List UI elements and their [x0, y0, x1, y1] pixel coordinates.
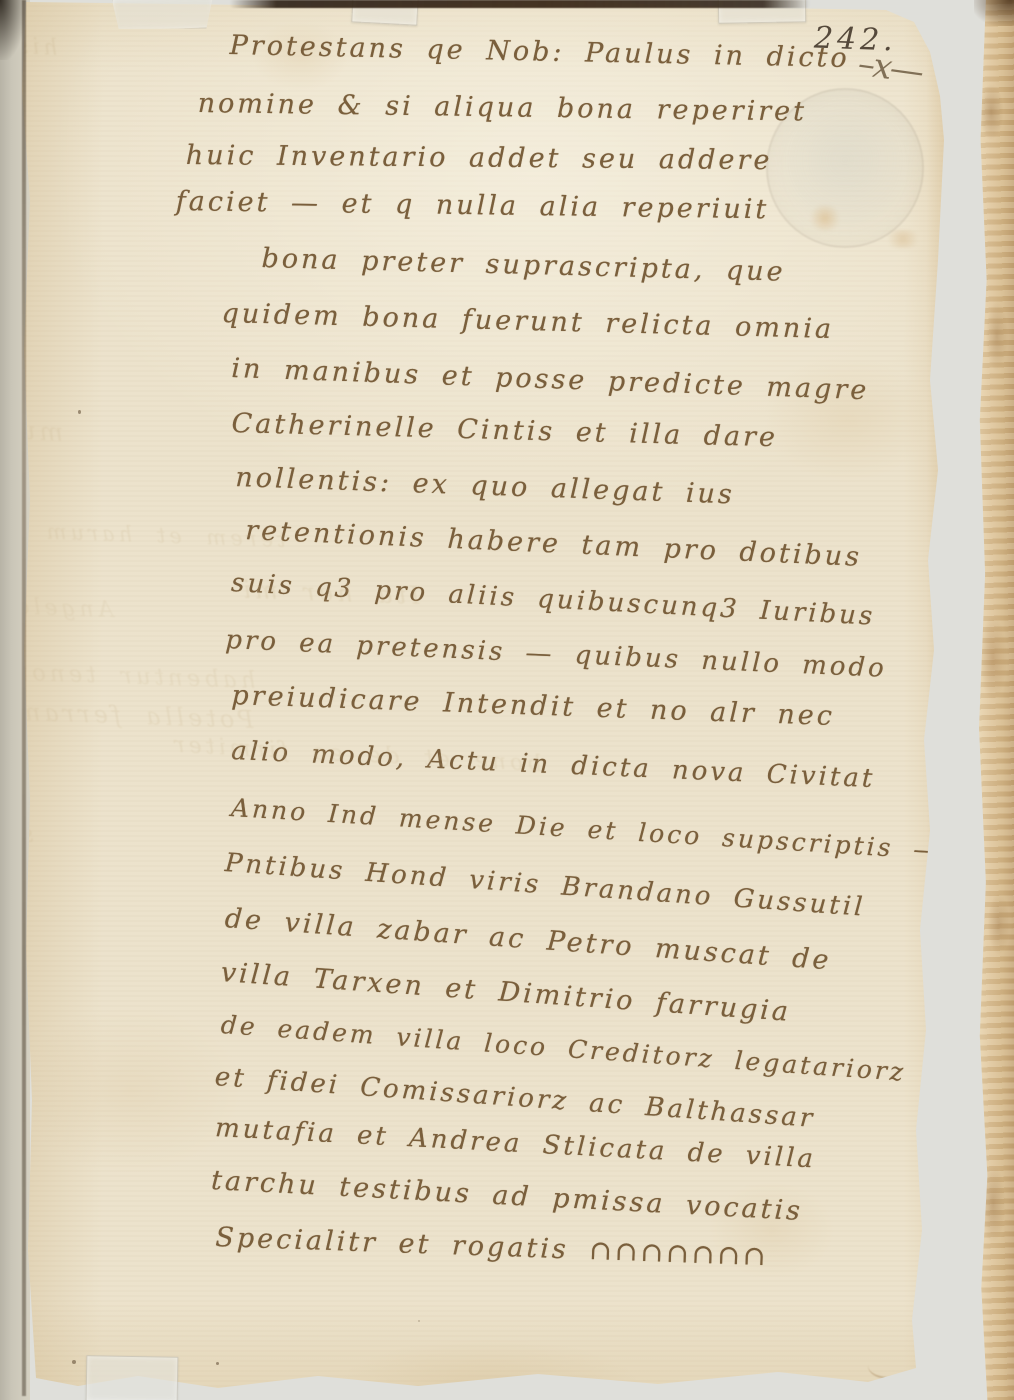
- manuscript-line: in manibus et posse predicte magre: [231, 353, 870, 406]
- manuscript-scan: 242. –x— Protestans qe Nob: Paulus in di…: [0, 0, 1014, 1400]
- page-edges-top-shadow: [974, 0, 1014, 26]
- speck: [418, 1320, 420, 1322]
- spine-crease-line: [22, 0, 26, 1396]
- deckle-edge-tint: [926, 0, 960, 1398]
- upper-leaf-edge: [230, 0, 810, 8]
- ink-smudge: [883, 230, 923, 248]
- folio-flourish: –x—: [856, 44, 925, 93]
- manuscript-line: faciet — et q nulla alia reperiuit: [176, 186, 770, 225]
- verso-bleedthrough-line: habentur tenore: [0, 659, 256, 694]
- manuscript-page: 242. –x— Protestans qe Nob: Paulus in di…: [18, 0, 960, 1398]
- manuscript-line: quidem bona fuerunt relicta omnia: [221, 298, 834, 345]
- speck: [78, 410, 81, 414]
- speck: [216, 1362, 219, 1365]
- manuscript-line: retentionis habere tam pro dotibus: [245, 515, 863, 573]
- manuscript-line: Specialitr et rogatis ∩∩∩∩∩∩∩: [215, 1222, 769, 1272]
- page-edges-stack: [976, 0, 1014, 1400]
- manuscript-line: bona preter suprascripta, que: [261, 243, 786, 288]
- manuscript-line: pro ea pretensis — quibus nullo modo: [225, 625, 888, 684]
- manuscript-line: Protestans qe Nob: Paulus in dicto: [229, 30, 850, 74]
- manuscript-line: Anno Ind mense Die et loco supscriptis —: [230, 793, 942, 865]
- corner-crease: [866, 1321, 953, 1388]
- archival-tape: [111, 0, 214, 32]
- verso-bleedthrough-line: terem et harum pervenuta: [0, 514, 286, 552]
- verso-bleedthrough-line: Potella ferrantis: [0, 696, 254, 734]
- manuscript-line: tarchu testibus ad pmissa vocatis: [210, 1165, 803, 1227]
- manuscript-line: nollentis: ex quo allegat ius: [235, 462, 735, 510]
- ink-smudge: [808, 205, 842, 231]
- verso-bleedthrough-line: Ita her mi: [239, 576, 420, 610]
- manuscript-line: nomine & si aliqua bona reperiret: [198, 88, 808, 128]
- archival-tape: [86, 1355, 179, 1400]
- speck: [72, 1360, 76, 1364]
- manuscript-line: preiudicare Intendit et no alr nec: [231, 680, 835, 732]
- manuscript-line: huic Inventario addet seu addere: [186, 140, 773, 176]
- manuscript-line: Catherinelle Cintis et illa dare: [231, 408, 778, 453]
